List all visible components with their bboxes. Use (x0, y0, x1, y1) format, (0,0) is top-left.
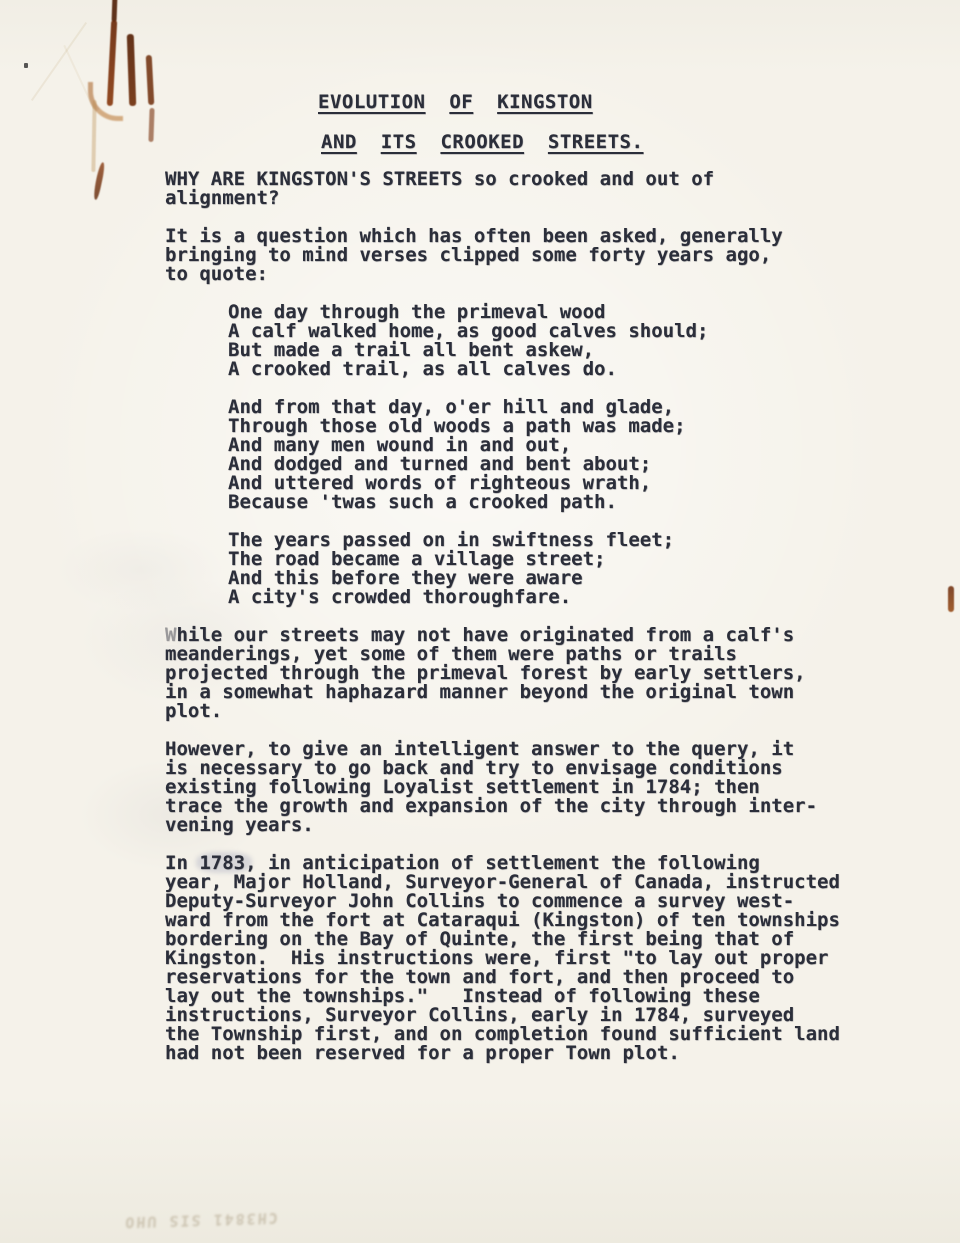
paper-speck (24, 63, 28, 68)
paper-crease (31, 22, 87, 101)
paragraph-block: WHY ARE KINGSTON'S STREETS so crooked an… (165, 170, 925, 208)
text-line: WHY ARE KINGSTON'S STREETS so crooked an… (165, 170, 925, 189)
title-word: KINGSTON (497, 91, 593, 113)
text-line: bringing to mind verses clipped some for… (165, 246, 925, 265)
document-title-line1: EVOLUTION OF KINGSTON (318, 92, 593, 112)
rust-stain-stroke (146, 55, 155, 105)
text-line: plot. (165, 702, 925, 721)
title-word: CROOKED (440, 131, 524, 153)
document-body: WHY ARE KINGSTON'S STREETS so crooked an… (165, 170, 925, 1082)
rust-mark-right-edge (948, 586, 954, 612)
text-line: A crooked trail, as all calves do. (228, 360, 925, 379)
title-word: EVOLUTION (318, 91, 425, 113)
paragraph-block: In 1783, in anticipation of settlement t… (165, 854, 925, 1063)
title-word: STREETS. (548, 131, 644, 153)
title-word: ITS (381, 131, 417, 153)
verse-block: The years passed on in swiftness fleet;T… (228, 531, 925, 607)
text-line: in a somewhat haphazard manner beyond th… (165, 683, 925, 702)
rust-stain-stroke (127, 34, 137, 106)
text-line: Because 'twas such a crooked path. (228, 493, 925, 512)
text-line: had not been reserved for a proper Town … (165, 1044, 925, 1063)
paragraph-block: While our streets may not have originate… (165, 626, 925, 721)
rust-stain-hook (88, 82, 123, 121)
text-line: A city's crowded thoroughfare. (228, 588, 925, 607)
verse-block: One day through the primeval woodA calf … (228, 303, 925, 379)
rust-stain-stroke (107, 20, 117, 106)
text-line: alignment? (165, 189, 925, 208)
rust-stain-stroke (91, 100, 96, 172)
verse-block: And from that day, o'er hill and glade,T… (228, 398, 925, 512)
scanned-page: EVOLUTION OF KINGSTON AND ITS CROOKED ST… (0, 0, 960, 1243)
title-word: AND (321, 131, 357, 153)
paper-crease (63, 45, 94, 109)
paragraph-block: However, to give an intelligent answer t… (165, 740, 925, 835)
paragraph-block: It is a question which has often been as… (165, 227, 925, 284)
rust-stain-stroke (112, 0, 118, 22)
document-title-line2: AND ITS CROOKED STREETS. (321, 132, 643, 152)
rust-stain-stroke (92, 162, 106, 200)
ink-offset-mark: CH3841 SIS UHO (67, 1201, 278, 1233)
text-line: to quote: (165, 265, 925, 284)
title-word: OF (449, 91, 473, 113)
rust-stain-stroke (148, 108, 154, 142)
text-line: vening years. (165, 816, 925, 835)
